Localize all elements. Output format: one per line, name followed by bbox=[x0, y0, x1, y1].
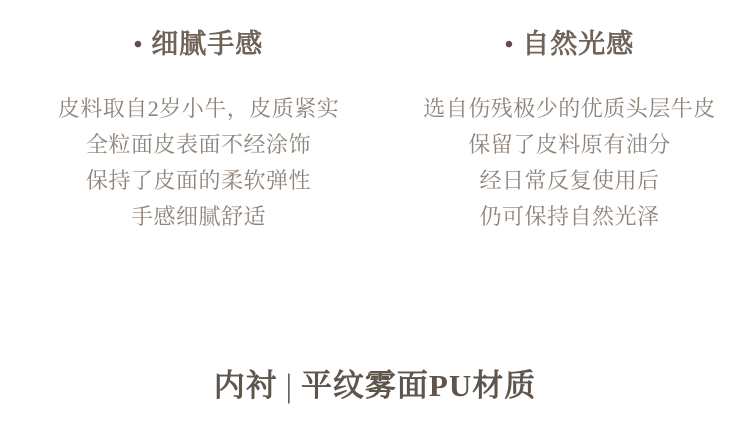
feature-line: 保持了皮面的柔软弹性 bbox=[18, 163, 379, 199]
feature-line: 仍可保持自然光泽 bbox=[389, 199, 750, 235]
lining-value: 平纹雾面PU材质 bbox=[301, 368, 536, 403]
feature-column-texture: •细腻手感 皮料取自2岁小牛，皮质紧实 全粒面皮表面不经涂饰 保持了皮面的柔软弹… bbox=[0, 22, 379, 235]
feature-title-text: 细腻手感 bbox=[151, 29, 263, 59]
bullet-icon: • bbox=[134, 32, 143, 59]
feature-line: 选自伤残极少的优质头层牛皮 bbox=[389, 91, 750, 127]
feature-line: 手感细腻舒适 bbox=[18, 199, 379, 235]
feature-line: 保留了皮料原有油分 bbox=[389, 127, 750, 163]
feature-title-texture: •细腻手感 bbox=[18, 22, 379, 61]
feature-title-gloss: •自然光感 bbox=[389, 22, 750, 61]
feature-line: 全粒面皮表面不经涂饰 bbox=[18, 127, 379, 163]
feature-column-gloss: •自然光感 选自伤残极少的优质头层牛皮 保留了皮料原有油分 经日常反复使用后 仍… bbox=[379, 22, 750, 235]
feature-title-text: 自然光感 bbox=[522, 29, 634, 59]
title-separator: | bbox=[286, 367, 293, 405]
lining-section-title: 内衬|平纹雾面PU材质 bbox=[0, 360, 750, 405]
lining-label: 内衬 bbox=[214, 368, 278, 403]
feature-line: 经日常反复使用后 bbox=[389, 163, 750, 199]
product-description-section: •细腻手感 皮料取自2岁小牛，皮质紧实 全粒面皮表面不经涂饰 保持了皮面的柔软弹… bbox=[0, 0, 750, 428]
feature-columns: •细腻手感 皮料取自2岁小牛，皮质紧实 全粒面皮表面不经涂饰 保持了皮面的柔软弹… bbox=[0, 22, 750, 235]
bullet-icon: • bbox=[505, 32, 514, 59]
feature-line: 皮料取自2岁小牛，皮质紧实 bbox=[18, 91, 379, 127]
